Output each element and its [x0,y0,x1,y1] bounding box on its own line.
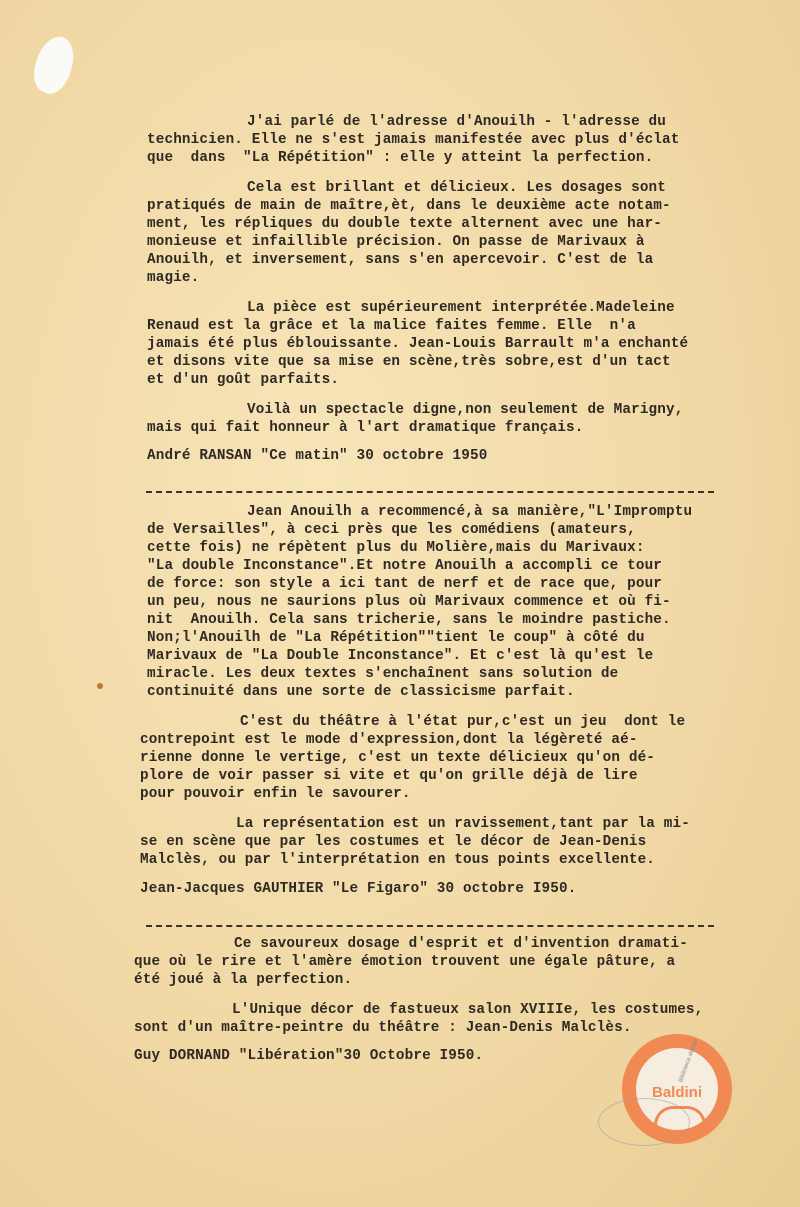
text-line: contrepoint est le mode d'expression,don… [140,732,638,748]
text-line: pratiqués de main de maître,èt, dans le … [147,198,671,214]
text-line: Cela est brillant et délicieux. Les dosa… [247,180,666,196]
text-line: Anouilh, et inversement, sans s'en aperc… [147,252,653,268]
text-line: continuité dans une sorte de classicisme… [147,684,575,700]
paper-stain [97,683,103,689]
text-line: La pièce est supérieurement interprétée.… [247,300,675,316]
text-line: Non;l'Anouilh de "La Répétition""tient l… [147,630,645,646]
text-line: rienne donne le vertige, c'est un texte … [140,750,655,766]
text-line: C'est du théâtre à l'état pur,c'est un j… [240,714,685,730]
text-line: La représentation est un ravissement,tan… [236,816,690,832]
text-line: cette fois) ne répètent plus du Molière,… [147,540,645,556]
text-line: été joué à la perfection. [134,972,352,988]
text-line: et disons vite que sa mise en scène,très… [147,354,671,370]
section-separator [146,491,714,493]
text-line: que où le rire et l'amère émotion trouve… [134,954,675,970]
text-line: et d'un goût parfaits. [147,372,339,388]
text-line: monieuse et infaillible précision. On pa… [147,234,645,250]
paper-hole [26,31,81,98]
text-line: mais qui fait honneur à l'art dramatique… [147,420,583,436]
text-line: magie. [147,270,199,286]
text-line: sont d'un maître-peintre du théâtre : Je… [134,1020,632,1036]
text-line: Malclès, ou par l'interprétation en tous… [140,852,655,868]
text-line: Ce savoureux dosage d'esprit et d'invent… [234,936,688,952]
text-line: un peu, nous ne saurions plus où Marivau… [147,594,671,610]
section-separator [146,925,714,927]
text-line: plore de voir passer si vite et qu'on gr… [140,768,638,784]
text-line: Guy DORNAND "Libération"30 Octobre I950. [134,1048,483,1064]
text-line: pour pouvoir enfin le savourer. [140,786,411,802]
text-line: de force: son style a ici tant de nerf e… [147,576,662,592]
text-line: de Versailles", à ceci près que les comé… [147,522,636,538]
text-line: nit Anouilh. Cela sans tricherie, sans l… [147,612,671,628]
faded-oval-stamp [598,1098,690,1146]
text-line: que dans "La Répétition" : elle y attein… [147,150,653,166]
text-line: ment, les répliques du double texte alte… [147,216,662,232]
text-line: technicien. Elle ne s'est jamais manifes… [147,132,680,148]
text-line: se en scène que par les costumes et le d… [140,834,646,850]
text-line: L'Unique décor de fastueux salon XVIIIe,… [232,1002,703,1018]
text-line: "La double Inconstance".Et notre Anouilh… [147,558,662,574]
text-line: miracle. Les deux textes s'enchaînent sa… [147,666,618,682]
text-line: Renaud est la grâce et la malice faites … [147,318,636,334]
text-line: André RANSAN "Ce matin" 30 octobre 1950 [147,448,487,464]
text-line: Jean-Jacques GAUTHIER "Le Figaro" 30 oct… [140,881,576,897]
text-line: Marivaux de "La Double Inconstance". Et … [147,648,653,664]
text-line: Jean Anouilh a recommencé,à sa manière,"… [247,504,692,520]
document-page: J'ai parlé de l'adresse d'Anouilh - l'ad… [0,0,800,1207]
text-line: J'ai parlé de l'adresse d'Anouilh - l'ad… [247,114,666,130]
stamp-small-text: Biblioteca statale [678,1039,699,1084]
text-line: jamais été plus éblouissante. Jean-Louis… [147,336,688,352]
text-line: Voilà un spectacle digne,non seulement d… [247,402,683,418]
